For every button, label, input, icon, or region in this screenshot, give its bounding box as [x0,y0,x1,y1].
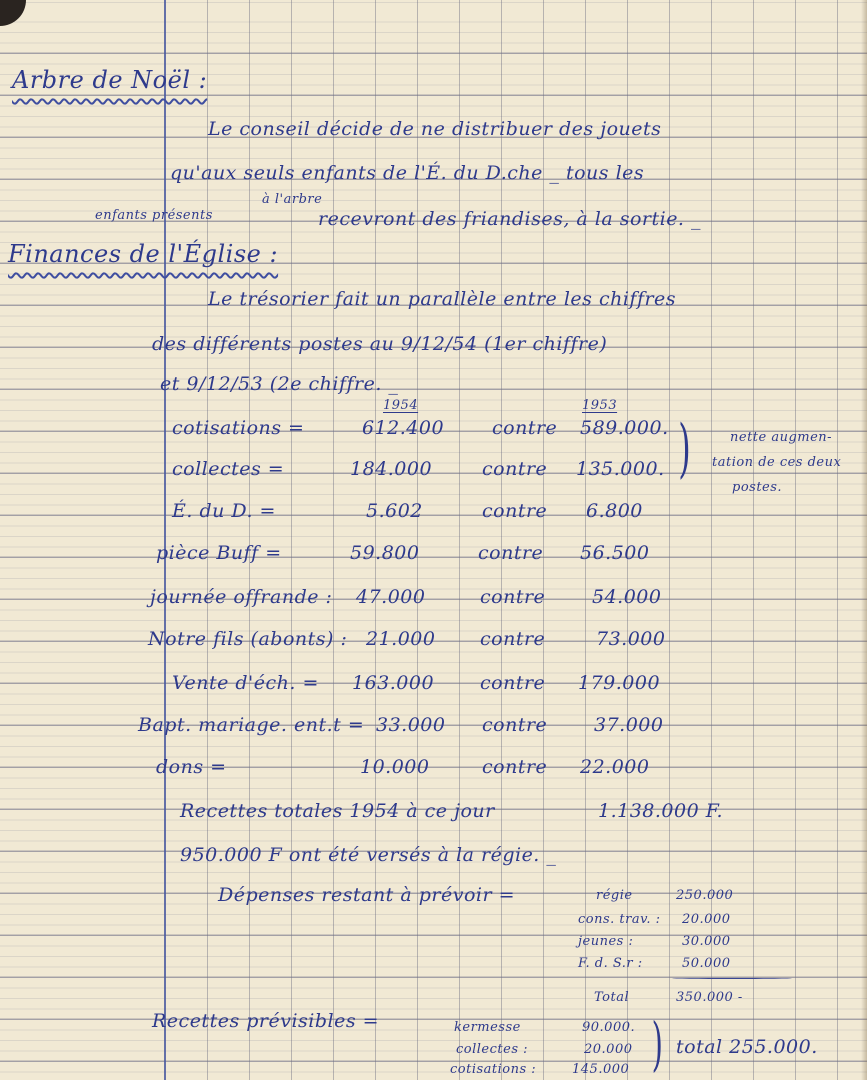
income-name: cotisations : [450,1062,536,1077]
expected-income-label: Recettes prévisibles = [152,1010,379,1032]
text-line: recevront des friandises, à la sortie. _ [318,208,701,230]
page-corner [0,0,26,26]
row-label: Bapt. mariage. ent.t = [138,714,364,736]
value-1953: 589.000. [580,417,669,439]
connector: contre [482,714,547,736]
total-value: 1.138.000 F. [598,800,723,822]
expense-value: 250.000 [676,888,733,903]
notebook-page: Arbre de Noël : Le conseil décide de ne … [0,0,867,1080]
row-label: Vente d'éch. = [172,672,319,694]
value-1954: 5.602 [366,500,423,522]
expense-value: 20.000 [682,912,731,927]
text-line: enfants présents [95,208,213,223]
value-1954: 612.400 [362,417,444,439]
heading-finances: Finances de l'Église : [8,240,278,268]
row-label: collectes = [172,458,284,480]
value-1954: 59.800 [350,542,419,564]
side-note-line: postes. [732,480,782,495]
value-1953: 73.000 [596,628,665,650]
bracket: ) [678,412,690,486]
sum-rule [672,978,792,979]
value-1953: 22.000 [580,756,649,778]
row-label: dons = [156,756,227,778]
text-line: et 9/12/53 (2e chiffre. _ [160,373,398,395]
page-edge [861,0,867,1080]
row-label: pièce Buff = [156,542,282,564]
expense-name: cons. trav. : [578,912,661,927]
transfer-line: 950.000 F ont été versés à la régie. _ [180,844,556,866]
text-line: Le conseil décide de ne distribuer des j… [208,118,661,140]
connector: contre [480,672,545,694]
expense-value: 30.000 [682,934,731,949]
expenses-label: Dépenses restant à prévoir = [218,884,515,906]
value-1953: 6.800 [586,500,643,522]
margin-line [164,0,166,1080]
value-1954: 33.000 [376,714,445,736]
value-1954: 47.000 [356,586,425,608]
total-label: Recettes totales 1954 à ce jour [180,800,495,822]
expenses-total-label: Total [594,990,629,1005]
text-line: qu'aux seuls enfants de l'É. du D.che _ … [170,162,644,184]
connector: contre [482,756,547,778]
side-note-line: tation de ces deux [712,455,841,470]
text-line: des différents postes au 9/12/54 (1er ch… [152,333,607,355]
value-1953: 179.000 [578,672,660,694]
expense-name: régie [596,888,633,903]
value-1953: 54.000 [592,586,661,608]
expenses-total-value: 350.000 - [676,990,743,1005]
connector: contre [480,628,545,650]
connector: contre [482,458,547,480]
expense-name: F. d. S.r : [578,956,643,971]
income-value: 90.000. [582,1020,635,1035]
value-1954: 184.000 [350,458,432,480]
income-value: 145.000 [572,1062,629,1077]
heading-arbre-de-noel: Arbre de Noël : [12,66,207,94]
expense-value: 50.000 [682,956,731,971]
value-1953: 37.000 [594,714,663,736]
side-note-line: nette augmen- [730,430,832,445]
connector: contre [478,542,543,564]
row-label: journée offrande : [150,586,332,608]
value-1954: 10.000 [360,756,429,778]
income-name: collectes : [456,1042,528,1057]
income-value: 20.000 [584,1042,633,1057]
value-1953: 135.000. [576,458,665,480]
column-year-1953: 1953 [582,398,617,413]
insertion-note: à l'arbre [262,192,322,207]
connector: contre [492,417,557,439]
row-label: É. du D. = [172,500,276,522]
bracket: ) [652,1010,663,1078]
connector: contre [482,500,547,522]
row-label: cotisations = [172,417,304,439]
income-total: total 255.000. [676,1036,818,1058]
connector: contre [480,586,545,608]
row-label: Notre fils (abonts) : [148,628,347,650]
column-year-1954: 1954 [383,398,418,413]
value-1953: 56.500 [580,542,649,564]
expense-name: jeunes : [578,934,633,949]
income-name: kermesse [454,1020,521,1035]
value-1954: 21.000 [366,628,435,650]
value-1954: 163.000 [352,672,434,694]
text-line: Le trésorier fait un parallèle entre les… [208,288,676,310]
